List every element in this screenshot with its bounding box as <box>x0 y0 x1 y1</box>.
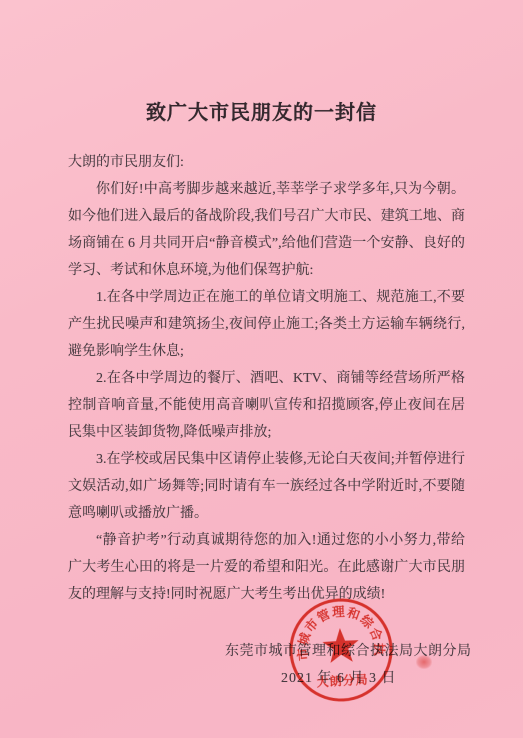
paragraph-closing: “静音护考”行动真诚期待您的加入!通过您的小小努力,带给广大考生心田的将是一片爱… <box>68 527 465 608</box>
page-title: 致广大市民朋友的一封信 <box>0 96 523 125</box>
paragraph-item-3: 3.在学校或居民集中区请停止装修,无论白天夜间;并暂停进行文娱活动,如广场舞等;… <box>68 446 465 527</box>
paragraph-intro: 你们好!中高考脚步越来越近,莘莘学子求学多年,只为今朝。如今他们进入最后的备战阶… <box>68 176 465 284</box>
seal-ink-smudge <box>416 655 432 669</box>
official-seal: 东莞市城市管理和综合执法局 大朗分局 <box>285 594 396 705</box>
seal-bottom-text: 大朗分局 <box>316 672 369 690</box>
seal-star-icon <box>322 627 360 663</box>
paragraph-item-2: 2.在各中学周边的餐厅、酒吧、KTV、商铺等经营场所严格控制音响音量,不能使用高… <box>68 365 465 446</box>
letter-page: 致广大市民朋友的一封信 大朗的市民朋友们: 你们好!中高考脚步越来越近,莘莘学子… <box>0 0 523 738</box>
salutation: 大朗的市民朋友们: <box>68 149 465 176</box>
paragraph-item-1: 1.在各中学周边正在施工的单位请文明施工、规范施工,不要产生扰民噪声和建筑扬尘,… <box>68 284 465 365</box>
letter-body: 大朗的市民朋友们: 你们好!中高考脚步越来越近,莘莘学子求学多年,只为今朝。如今… <box>68 149 465 608</box>
